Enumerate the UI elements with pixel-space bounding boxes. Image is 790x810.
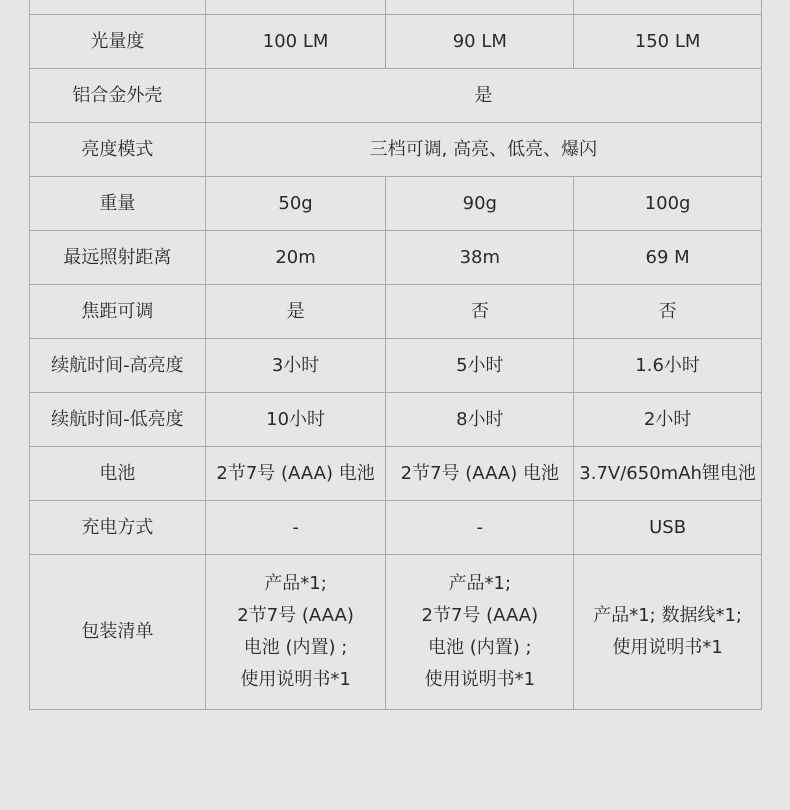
cell-value xyxy=(574,0,762,15)
cell-value: 10小时 xyxy=(205,393,386,447)
row-label: 包装清单 xyxy=(30,555,206,710)
row-label: 铝合金外壳 xyxy=(30,69,206,123)
cell-value: 5小时 xyxy=(386,339,574,393)
package-line: 2节7号 (AAA) xyxy=(390,600,569,632)
package-line: 2节7号 (AAA) xyxy=(210,600,382,632)
package-line: 使用说明书*1 xyxy=(210,664,382,696)
row-label: 电池 xyxy=(30,447,206,501)
cell-value-multiline: 产品*1; 数据线*1; 使用说明书*1 xyxy=(574,555,762,710)
table-row-battery: 电池 2节7号 (AAA) 电池 2节7号 (AAA) 电池 3.7V/650m… xyxy=(30,447,762,501)
table-row-aluminum-shell: 铝合金外壳 是 xyxy=(30,69,762,123)
row-label xyxy=(30,0,206,15)
cell-value: 3.7V/650mAh锂电池 xyxy=(574,447,762,501)
cell-value: 否 xyxy=(574,285,762,339)
table-row-max-distance: 最远照射距离 20m 38m 69 M xyxy=(30,231,762,285)
cell-value-spanned: 三档可调, 高亮、低亮、爆闪 xyxy=(205,123,761,177)
cell-value: 100 LM xyxy=(205,15,386,69)
cell-value-multiline: 产品*1; 2节7号 (AAA) 电池 (内置) ; 使用说明书*1 xyxy=(205,555,386,710)
package-line: 产品*1; xyxy=(210,568,382,600)
table-row-luminous-flux: 光量度 100 LM 90 LM 150 LM xyxy=(30,15,762,69)
package-line: 使用说明书*1 xyxy=(390,664,569,696)
cell-value: 2小时 xyxy=(574,393,762,447)
row-label: 光量度 xyxy=(30,15,206,69)
cell-value: 38m xyxy=(386,231,574,285)
cell-value: 8小时 xyxy=(386,393,574,447)
row-label: 最远照射距离 xyxy=(30,231,206,285)
cell-value: 是 xyxy=(205,285,386,339)
cell-value: 2节7号 (AAA) 电池 xyxy=(386,447,574,501)
table-row-runtime-low: 续航时间-低亮度 10小时 8小时 2小时 xyxy=(30,393,762,447)
cell-value-multiline: 产品*1; 2节7号 (AAA) 电池 (内置) ; 使用说明书*1 xyxy=(386,555,574,710)
table-row-charging: 充电方式 - - USB xyxy=(30,501,762,555)
spec-comparison-table: 光量度 100 LM 90 LM 150 LM 铝合金外壳 是 亮度模式 三档可… xyxy=(29,0,762,710)
cell-value: 2节7号 (AAA) 电池 xyxy=(205,447,386,501)
cell-value: 69 M xyxy=(574,231,762,285)
cell-value: 50g xyxy=(205,177,386,231)
cell-value: - xyxy=(205,501,386,555)
cell-value: 90g xyxy=(386,177,574,231)
table-row-weight: 重量 50g 90g 100g xyxy=(30,177,762,231)
cell-value: 100g xyxy=(574,177,762,231)
cell-value: 1.6小时 xyxy=(574,339,762,393)
cell-value: 90 LM xyxy=(386,15,574,69)
table-row-runtime-high: 续航时间-高亮度 3小时 5小时 1.6小时 xyxy=(30,339,762,393)
table-row-adjustable-focus: 焦距可调 是 否 否 xyxy=(30,285,762,339)
cell-value: 150 LM xyxy=(574,15,762,69)
cell-value: - xyxy=(386,501,574,555)
table-row-brightness-mode: 亮度模式 三档可调, 高亮、低亮、爆闪 xyxy=(30,123,762,177)
package-line: 产品*1; 数据线*1; xyxy=(578,600,757,632)
row-label: 亮度模式 xyxy=(30,123,206,177)
row-label: 充电方式 xyxy=(30,501,206,555)
cell-value: 3小时 xyxy=(205,339,386,393)
package-line: 产品*1; xyxy=(390,568,569,600)
cell-value: 20m xyxy=(205,231,386,285)
cell-value: 否 xyxy=(386,285,574,339)
package-line: 使用说明书*1 xyxy=(578,632,757,664)
row-label: 续航时间-高亮度 xyxy=(30,339,206,393)
row-label: 焦距可调 xyxy=(30,285,206,339)
row-label: 重量 xyxy=(30,177,206,231)
table-row-cut-off xyxy=(30,0,762,15)
package-line: 电池 (内置) ; xyxy=(390,632,569,664)
cell-value: USB xyxy=(574,501,762,555)
row-label: 续航时间-低亮度 xyxy=(30,393,206,447)
table-row-package-contents: 包装清单 产品*1; 2节7号 (AAA) 电池 (内置) ; 使用说明书*1 … xyxy=(30,555,762,710)
cell-value xyxy=(205,0,386,15)
package-line: 电池 (内置) ; xyxy=(210,632,382,664)
cell-value xyxy=(386,0,574,15)
cell-value-spanned: 是 xyxy=(205,69,761,123)
